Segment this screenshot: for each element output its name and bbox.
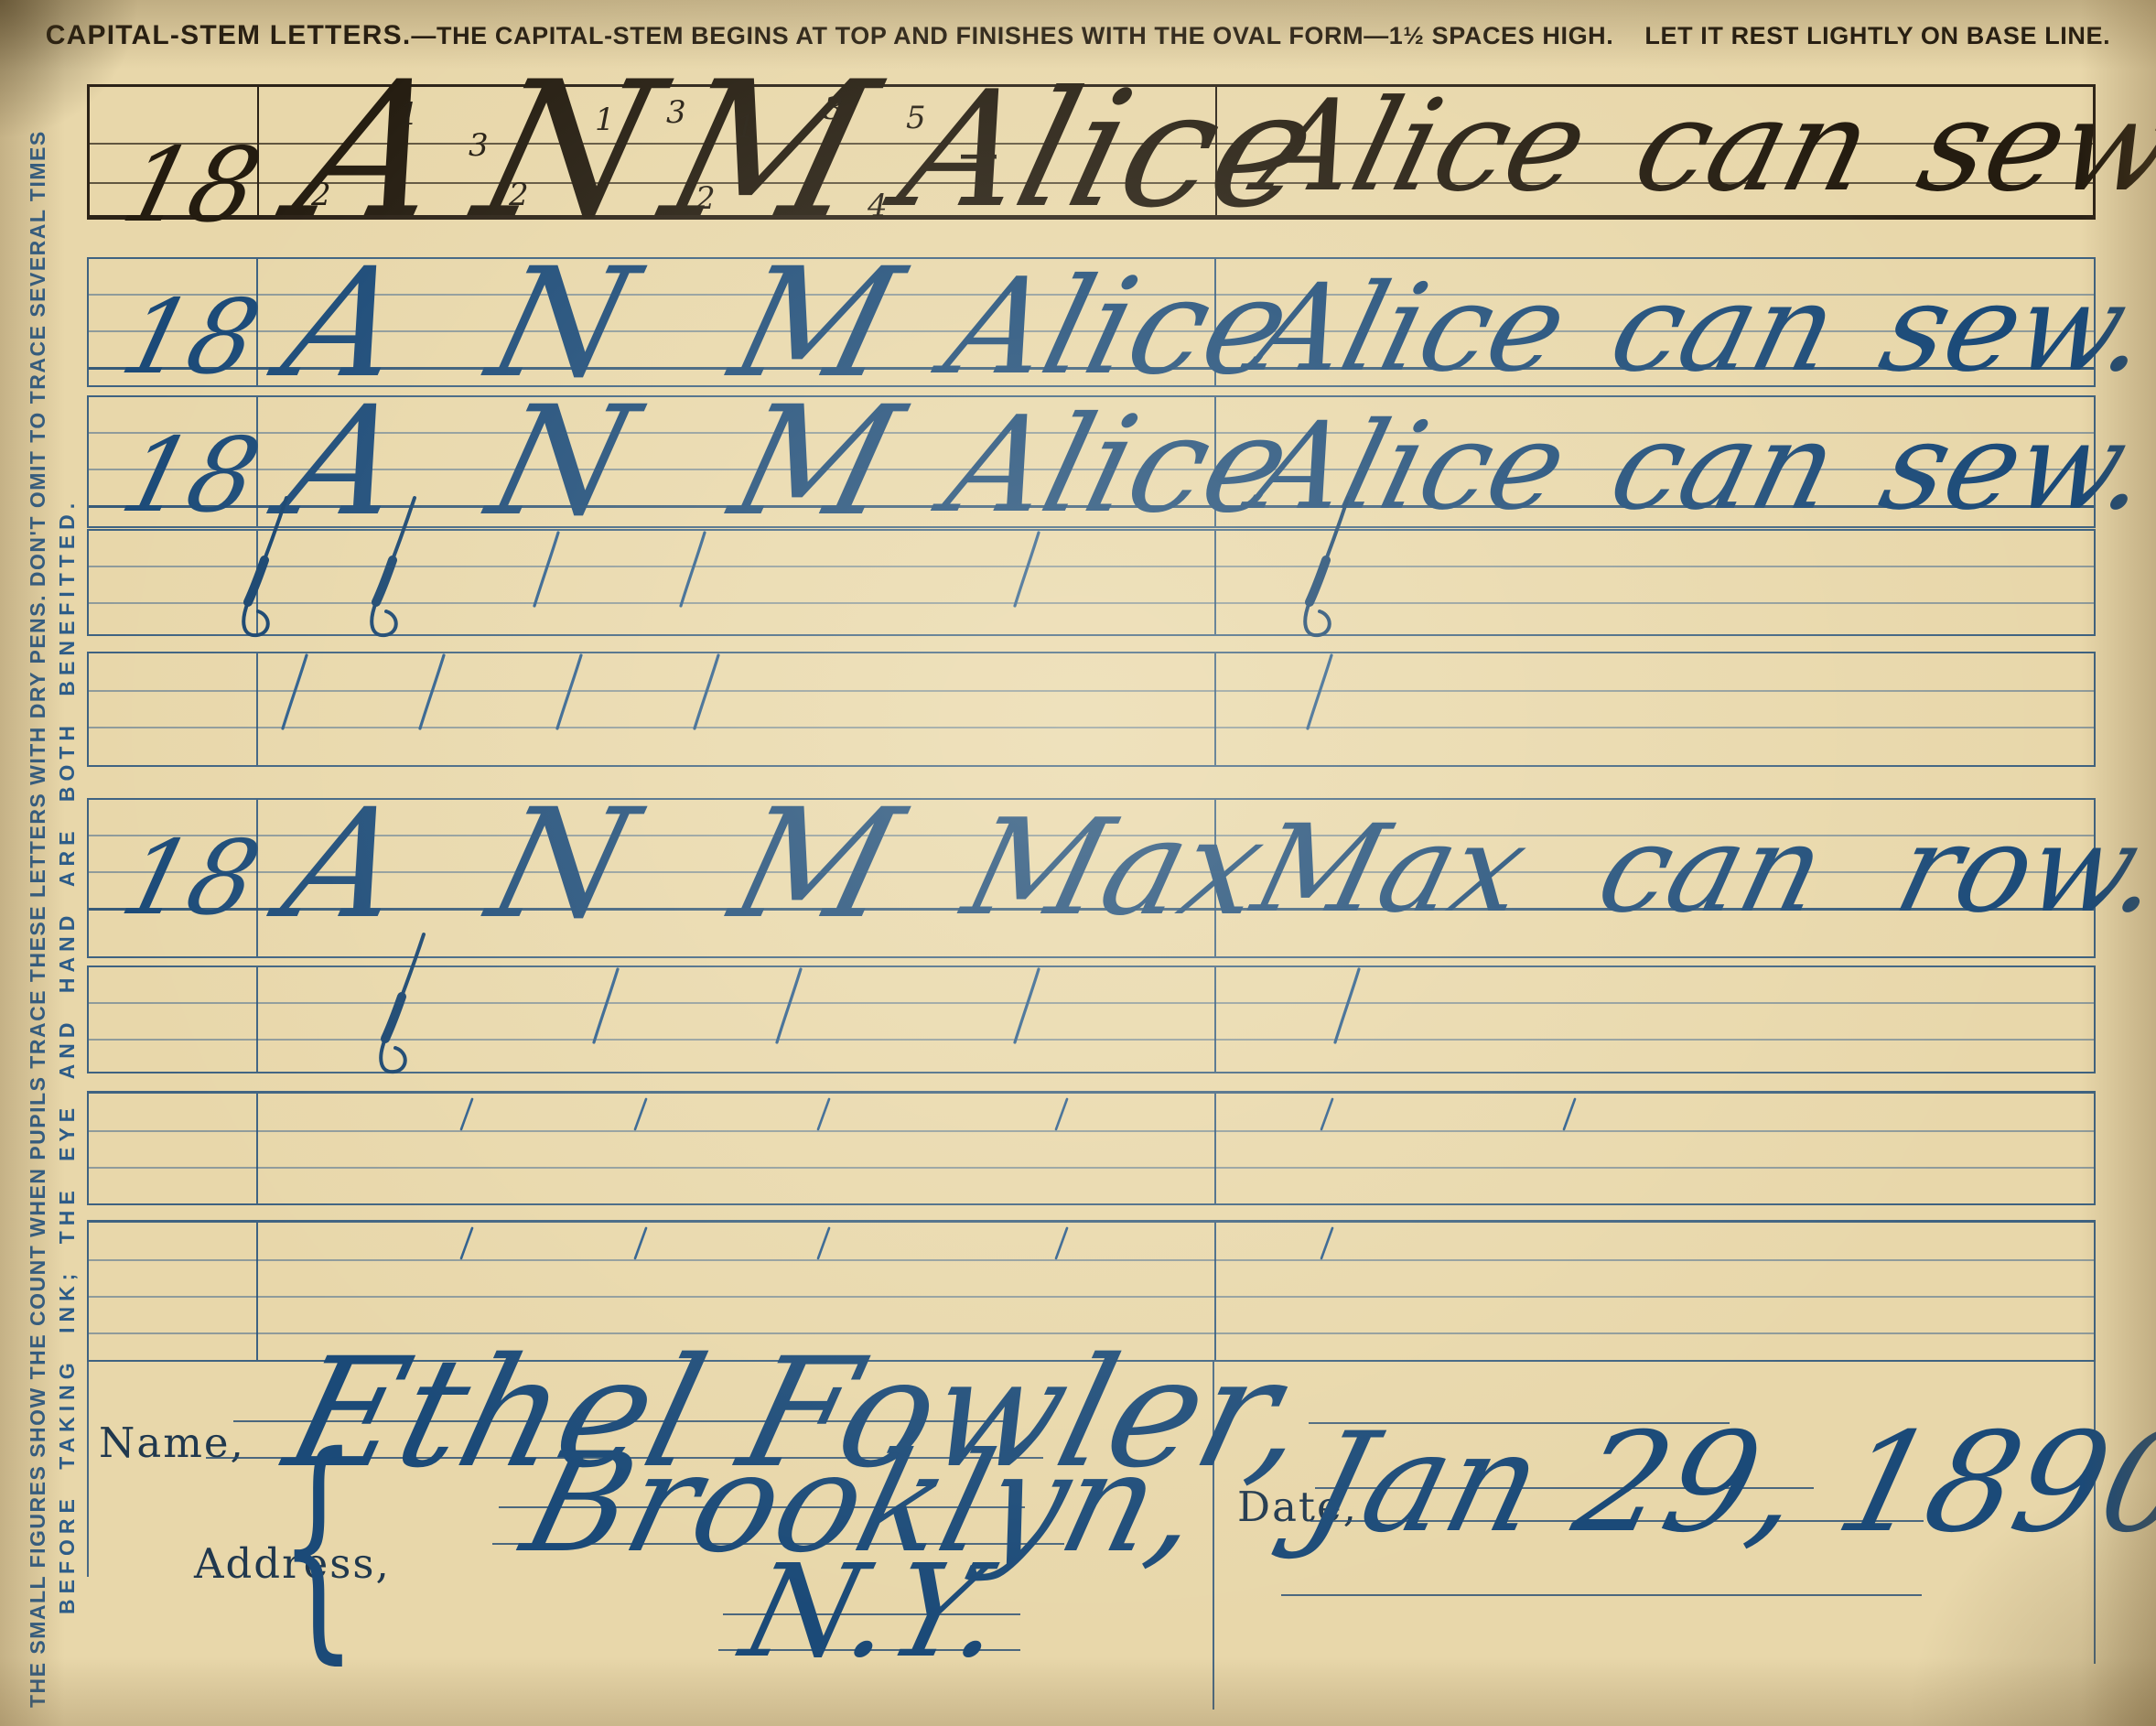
margin-divider [256,1094,258,1203]
half-stem-stroke [1288,652,1342,734]
half-stem-stroke [757,965,812,1048]
header-instructions-2: LET IT REST LIGHTLY ON BASE LINE. [1644,22,2110,49]
model-copy-row: 18 A N M 1 2 3 1 2 3 1 2 3 4 5 – Alice A… [87,84,2096,220]
practice-row-7-strokes [87,1091,2096,1205]
count-figure: 1 [399,96,419,133]
half-stem-stroke [514,529,569,611]
half-stem-stroke [263,652,318,734]
model-letter-N: N [463,58,674,245]
count-figure: 1 [736,109,756,146]
practice-row-1: 18 A N M Alice Alice can sew. [87,257,2096,387]
pupil-sentence: Max can row. [1244,809,2156,930]
half-stem-stroke [995,965,1050,1048]
address-state: N.Y. [732,1548,1018,1677]
left-border-line [87,1362,89,1577]
margin-note-outer: THE SMALL FIGURES SHOW THE COUNT WHEN PU… [26,130,50,1708]
tick-stroke [807,1225,835,1262]
pupil-word: Max [954,802,1277,934]
pupil-letter: M [720,789,912,940]
pupil-letter: A [272,789,418,940]
count-figure: 2 [509,177,529,213]
date-rule-line [1281,1594,1922,1596]
practice-row-4-strokes [87,652,2096,767]
half-stem-stroke [674,652,729,734]
penmanship-practice-sheet: CAPITAL-STEM LETTERS.—THE CAPITAL-STEM B… [0,0,2156,1726]
count-figure: 2 [695,180,716,217]
model-letter-A: A [282,58,464,245]
model-letter-M: M [650,58,889,245]
margin-divider [256,653,258,765]
rule-line [89,1167,2094,1169]
rule-line [89,1296,2094,1298]
half-stem-stroke [661,529,716,611]
half-stem-stroke [1315,965,1370,1048]
practice-row-3-strokes [87,529,2096,636]
pupil-letter: M [720,386,912,537]
center-divider [1214,967,1216,1072]
count-figure: 3 [469,127,489,164]
capital-stem-stroke [354,931,446,1077]
pupil-letter: N [478,386,648,537]
count-figure: 1 [595,102,615,138]
center-divider [1214,653,1216,765]
rule-line [89,690,2094,692]
count-figure: 3 [824,91,844,127]
margin-divider [256,967,258,1072]
count-figure: 2 [311,177,331,213]
tick-stroke [624,1225,652,1262]
pupil-letter: N [478,789,648,940]
model-sentence: Alice can sew. [1250,83,2156,210]
tick-stroke [1553,1096,1580,1133]
capital-stem-stroke [217,494,308,641]
address-brace: { [279,1407,358,1686]
half-stem-stroke [995,529,1050,611]
lesson-number: 18 [113,135,269,237]
center-divider [1214,531,1216,634]
tick-stroke [1045,1225,1073,1262]
half-stem-stroke [574,965,629,1048]
tick-stroke [1310,1096,1338,1133]
margin-note-inner: BEFORE TAKING INK; THE EYE AND HAND ARE … [55,498,80,1614]
half-stem-stroke [537,652,592,734]
page-header: CAPITAL-STEM LETTERS.—THE CAPITAL-STEM B… [0,20,2156,51]
tick-stroke [450,1096,478,1133]
rule-line [89,727,2094,728]
tick-stroke [807,1096,835,1133]
tick-stroke [624,1096,652,1133]
capital-stem-stroke [1278,494,1370,641]
date-value: Jan 29, 1890. [1295,1415,2156,1552]
lesson-number: 18 [113,827,268,930]
count-figure: 4 [868,188,888,224]
rule-line [89,1130,2094,1132]
half-stem-stroke [400,652,455,734]
margin-divider [256,1223,258,1360]
pupil-sentence: Alice can sew. [1244,406,2156,527]
tick-stroke [1045,1096,1073,1133]
center-divider [1214,1094,1216,1203]
lesson-number: 18 [113,286,268,389]
capital-stem-stroke [345,494,437,641]
rule-line [89,1259,2094,1261]
tick-stroke [1310,1225,1338,1262]
name-label: Name, [99,1419,245,1467]
tick-stroke [450,1225,478,1262]
pupil-sentence: Alice can sew. [1244,268,2156,389]
practice-row-6-strokes [87,965,2096,1073]
count-figure: 3 [666,94,686,131]
